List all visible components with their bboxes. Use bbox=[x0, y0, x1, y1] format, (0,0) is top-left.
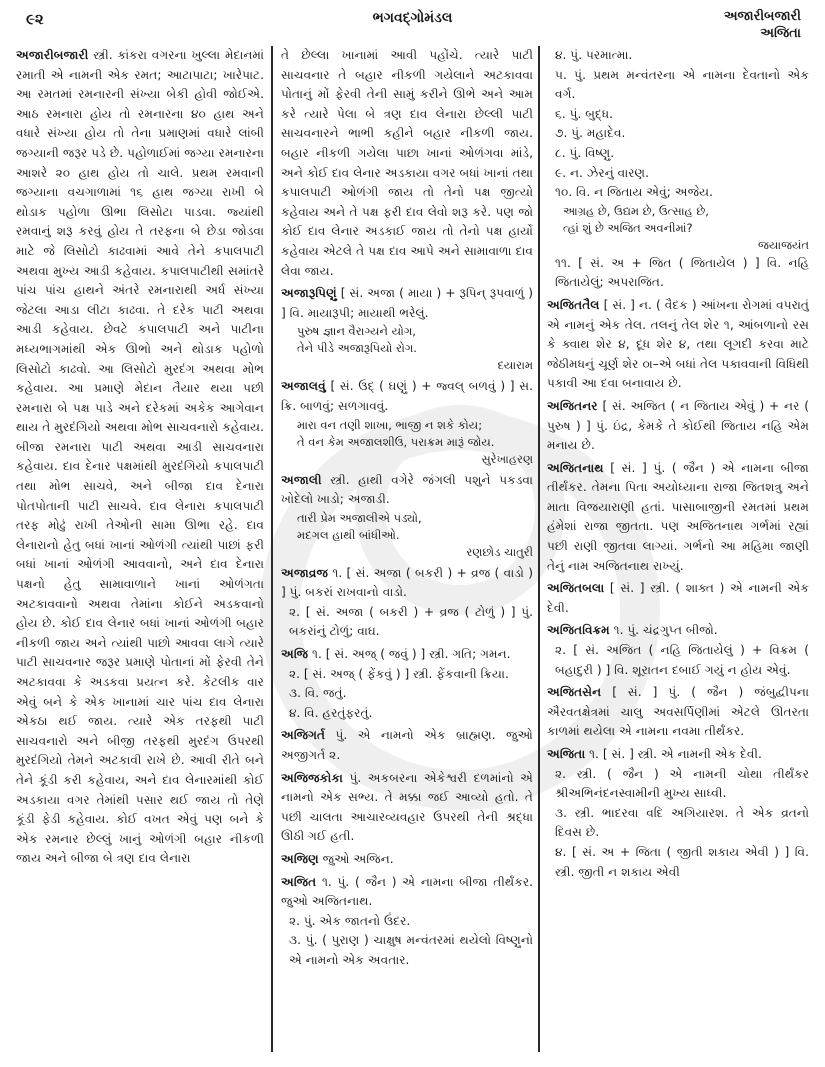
dictionary-entry: અજિત ૧. પું. ( જૈન ) એ નામના બીજા તીર્થં… bbox=[281, 873, 533, 971]
definition: જુઓ અજિન. bbox=[323, 852, 394, 866]
quote-attribution: સુરેખાહરણ bbox=[281, 451, 533, 468]
dictionary-entry: અજિતવિક્રમ ૧. પું. ચંદ્રગુપ્ત બીજો. ૨. [… bbox=[547, 621, 809, 680]
quote-line: પુરુષ જ્ઞાન વૈરાગ્યને યોગ, bbox=[281, 323, 533, 340]
sense: ૪. વિ. હરતુંફરતું. bbox=[281, 704, 533, 724]
dictionary-page: ૯૨ ભગવદ્ગોમંડલ અજારીબજારી અજિતા અજારીબજા… bbox=[0, 0, 825, 1067]
continued-definition: તે છેલ્લા ખાનામાં આવી પહોંચે. ત્યારે પાટ… bbox=[281, 46, 533, 281]
quote-line: તારી પ્રેમ અજાલીએ પડ્યો, bbox=[281, 510, 533, 527]
sense: ૨. પું. એક જાતનો ઉંદર. bbox=[281, 912, 533, 932]
dictionary-entry: અજિતા ૧. [ સં. ] સ્ત્રી. એ નામની એક દેવી… bbox=[547, 745, 809, 882]
sense: ૧. પું. ( જૈન ) એ નામના બીજા તીર્થંકર. જ… bbox=[281, 875, 533, 909]
sense: ૨. [ સં. અજા ( બકરી ) + વ્રજ ( ટોળું ) ]… bbox=[281, 603, 533, 642]
guide-word-last: અજિતા bbox=[724, 25, 801, 42]
quote-line: મદગલ હાથી બાંધીઓ. bbox=[281, 527, 533, 544]
quote-line: તેને પીડે અજારૂપિયો રોગ. bbox=[281, 340, 533, 357]
sense: ૫. પું. પ્રથમ મન્વંતરના એ નામના દેવતાનો … bbox=[547, 66, 809, 105]
headword: અજિજકોકા bbox=[281, 771, 343, 785]
quote-attribution: રણછોડ ચાતુરી bbox=[281, 544, 533, 561]
sense: ૧. [ સં. ] સ્ત્રી. એ નામની એક દેવી. bbox=[589, 747, 762, 761]
headword: અજાવ્રજ bbox=[281, 566, 328, 580]
sense: ૧૦. વિ. ન જિતાય એવું; અજેય. bbox=[547, 183, 809, 203]
dictionary-entry: અજિતબલા [ સં. ] સ્ત્રી. ( શાક્ત ) એ નામન… bbox=[547, 579, 809, 618]
dictionary-entry: અજિગર્ત પું. એ નામનો એક બ્રાહ્મણ. જુઓ અજ… bbox=[281, 726, 533, 765]
headword: અજિતબલા bbox=[547, 581, 604, 595]
guide-words: અજારીબજારી અજિતા bbox=[724, 8, 801, 42]
dictionary-entry: અજિતસેન [ સં. ] પું. ( જૈન ) જંબુદ્વીપના… bbox=[547, 683, 809, 742]
dictionary-entry: અજાલવું [ સં. ઉદ્ ( ઘણું ) + જ્વલ્ બળવું… bbox=[281, 377, 533, 467]
headword: અજારીબજારી bbox=[16, 48, 88, 62]
dictionary-entry: અજિણ જુઓ અજિન. bbox=[281, 850, 533, 870]
sense: ૯. ન. ઝેરનું વારણ. bbox=[547, 164, 809, 184]
quote-line: તે વન કેમ અજાલશીઉ, પરાક્રમ મારૂં જોય. bbox=[281, 434, 533, 451]
headword: અજિગર્ત bbox=[281, 728, 325, 742]
sense: ૨. [ સં. અજિત ( નહિ જિતાયેલું ) + વિક્રમ… bbox=[547, 641, 809, 680]
sense: ૨. સ્ત્રી. ( જૈન ) એ નામની ચોથા તીર્થંકર… bbox=[547, 765, 809, 804]
dictionary-entry: અજાવ્રજ ૧. [ સં. અજા ( બકરી ) + વ્રજ ( વ… bbox=[281, 564, 533, 642]
middle-column: તે છેલ્લા ખાનામાં આવી પહોંચે. ત્યારે પાટ… bbox=[281, 46, 533, 974]
headword: અજિતા bbox=[547, 747, 585, 761]
sense: ૧. [ સં. અજ્ ( જવું ) ] સ્ત્રી. ગતિ; ગમન… bbox=[312, 647, 511, 661]
headword: અજિત bbox=[281, 875, 316, 889]
sense: ૨. [ સં. અજ્ ( ફેંકવું ) ] સ્ત્રી. ફેંકવ… bbox=[281, 665, 533, 685]
dictionary-entry: અજિતતૈલ [ સં. ] ન. ( વૈદક ) આંખના રોગમાં… bbox=[547, 296, 809, 394]
right-column: ૪. પું. પરમાત્મા. ૫. પું. પ્રથમ મન્વંતરન… bbox=[547, 46, 809, 885]
dictionary-entry: અજાલી સ્ત્રી. હાથી વગેરે જંગલી પશુને પકડ… bbox=[281, 471, 533, 561]
sense: ૪. પું. પરમાત્મા. bbox=[547, 46, 809, 66]
guide-word-first: અજારીબજારી bbox=[724, 8, 801, 25]
quote-line: ત્હાં શું છે અજિત અવનીમાં? bbox=[547, 220, 809, 237]
quote-attribution: દયારામ bbox=[281, 357, 533, 374]
sense: ૧. પું. ચંદ્રગુપ્ત બીજો. bbox=[614, 623, 718, 637]
headword: અજારૂપિણું bbox=[281, 286, 337, 300]
headword: અજિતનાથ bbox=[547, 461, 604, 475]
definition: [ સં. ] પું. ( જૈન ) એ નામના બીજા તીર્થં… bbox=[547, 461, 809, 573]
column-divider bbox=[538, 46, 540, 1052]
headword: અજાલવું bbox=[281, 379, 326, 393]
headword: અજિણ bbox=[281, 852, 319, 866]
sense: ૬. પું. બુદ્ધ. bbox=[547, 105, 809, 125]
headword: અજિતતૈલ bbox=[547, 298, 600, 312]
quote-line: આગ્રહ છે, ઉદ્યમ છે, ઉત્સાહ છે, bbox=[547, 203, 809, 220]
headword: અજાલી bbox=[281, 473, 322, 487]
sense: ૩. વિ. જતું. bbox=[281, 684, 533, 704]
headword: અજિતનર bbox=[547, 399, 598, 413]
sense: ૧૧. [ સં. અ + જિત ( જિતાયેલ ) ] વિ. નહિ … bbox=[547, 254, 809, 293]
dictionary-entry: અજિ ૧. [ સં. અજ્ ( જવું ) ] સ્ત્રી. ગતિ;… bbox=[281, 645, 533, 723]
sense: ૭. પું. મહાદેવ. bbox=[547, 124, 809, 144]
left-column: અજારીબજારી સ્ત્રી. કાંકરા વગરના ખુલ્લા મ… bbox=[16, 46, 264, 872]
headword: અજિ bbox=[281, 647, 308, 661]
sense: ૩. પું. ( પુરાણ ) ચાક્ષુષ મન્વંતરમાં થયે… bbox=[281, 931, 533, 970]
sense: ૩. સ્ત્રી. ભાદરવા વદિ અગિયારશ. તે એક વ્ર… bbox=[547, 804, 809, 843]
sense: ૮. પું. વિષ્ણુ. bbox=[547, 144, 809, 164]
dictionary-entry: અજિતનર [ સં. અજિત ( ન જિતાય એવું ) + નર … bbox=[547, 397, 809, 456]
quote-attribution: જયાજયંત bbox=[547, 237, 809, 254]
book-title: ભગવદ્ગોમંડલ bbox=[0, 10, 825, 26]
dictionary-entry: અજારીબજારી સ્ત્રી. કાંકરા વગરના ખુલ્લા મ… bbox=[16, 46, 264, 869]
dictionary-entry: અજારૂપિણું [ સં. અજા ( માયા ) + રૂપિન્ ર… bbox=[281, 284, 533, 374]
dictionary-entry: અજિજકોકા પું. અકબરના એકેશ્વરી દળમાંનો એ … bbox=[281, 769, 533, 847]
quote-line: મારા વન તણી શાખા, ભાજી ન શકે કોય; bbox=[281, 417, 533, 434]
headword: અજિતવિક્રમ bbox=[547, 623, 610, 637]
dictionary-entry: અજિતનાથ [ સં. ] પું. ( જૈન ) એ નામના બીજ… bbox=[547, 459, 809, 577]
page-header: ૯૨ ભગવદ્ગોમંડલ અજારીબજારી અજિતા bbox=[0, 0, 825, 42]
headword: અજિતસેન bbox=[547, 685, 601, 699]
column-divider bbox=[271, 46, 273, 1052]
sense: ૪. [ સં. અ + જિતા ( જીતી શકાય એવી ) ] વિ… bbox=[547, 843, 809, 882]
definition: સ્ત્રી. કાંકરા વગરના ખુલ્લા મેદાનમાં રમા… bbox=[16, 48, 264, 865]
